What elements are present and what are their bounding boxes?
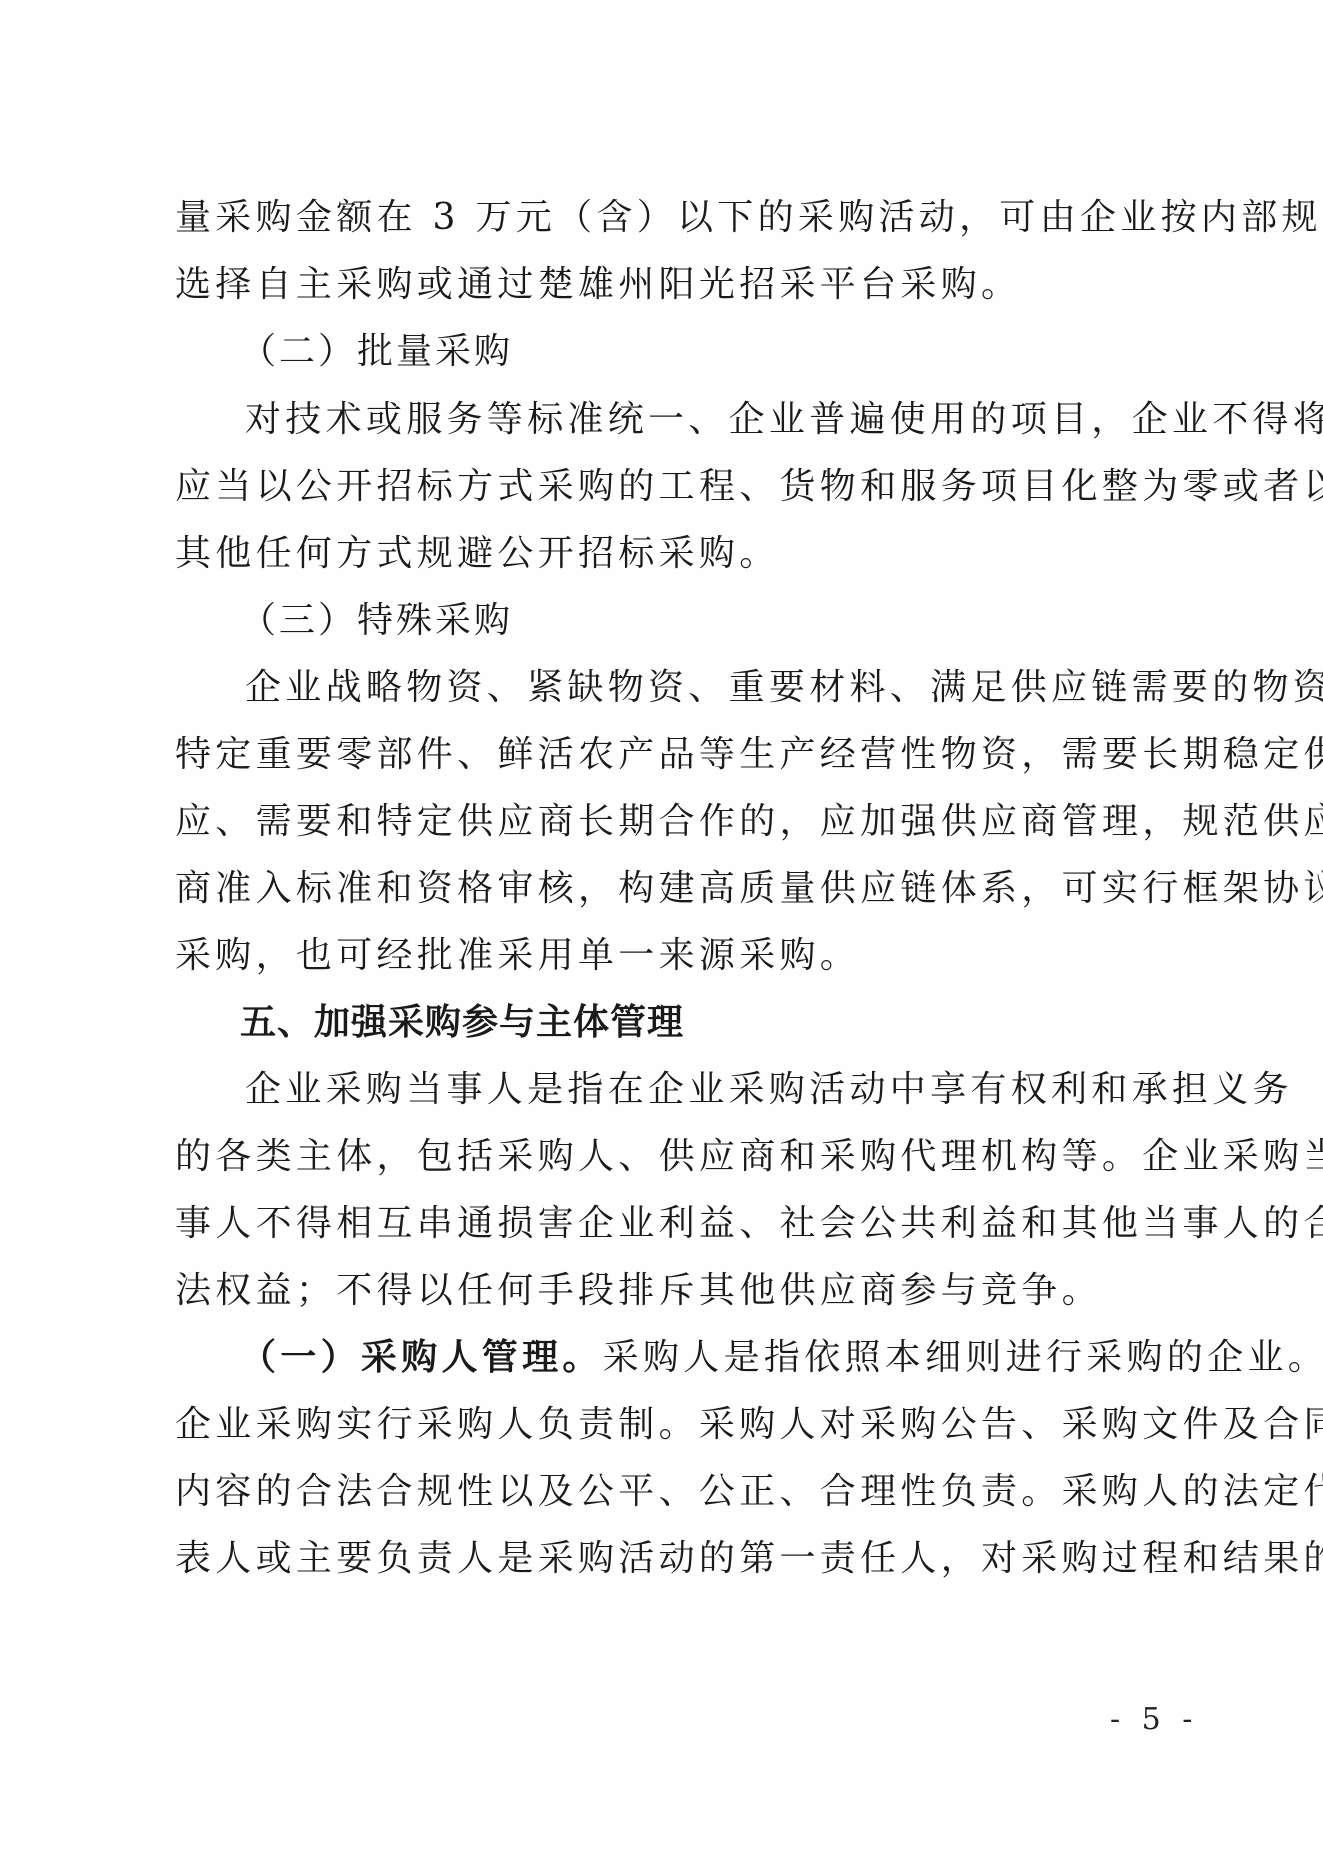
text-line: 表人或主要负责人是采购活动的第一责任人，对采购过程和结果的 — [175, 1539, 1180, 1579]
subheading-special-procurement: （三）特殊采购 — [240, 601, 1245, 641]
text-line: 法权益；不得以任何手段排斥其他供应商参与竞争。 — [175, 1271, 1180, 1311]
text-line: 特定重要零部件、鲜活农产品等生产经营性物资，需要长期稳定供 — [175, 735, 1180, 775]
text-line: 应当以公开招标方式采购的工程、货物和服务项目化整为零或者以 — [175, 467, 1180, 507]
document-page: 量采购金额在 3 万元（含）以下的采购活动，可由企业按内部规定 选择自主采购或通… — [0, 0, 1323, 1870]
text-line: 企业战略物资、紧缺物资、重要材料、满足供应链需要的物资、 — [245, 668, 1180, 708]
text-line: 选择自主采购或通过楚雄州阳光招采平台采购。 — [175, 265, 1180, 305]
text-line: 企业采购当事人是指在企业采购活动中享有权利和承担义务 — [245, 1070, 1180, 1110]
text-line: 其他任何方式规避公开招标采购。 — [175, 534, 1180, 574]
text-run: 采购人是指依照本细则进行采购的企业。 — [603, 1337, 1323, 1378]
text-line: 事人不得相互串通损害企业利益、社会公共利益和其他当事人的合 — [175, 1204, 1180, 1244]
page-number: - 5 - — [1110, 1702, 1198, 1738]
text-line: 的各类主体，包括采购人、供应商和采购代理机构等。企业采购当 — [175, 1137, 1180, 1177]
text-line: 企业采购实行采购人负责制。采购人对采购公告、采购文件及合同 — [175, 1405, 1180, 1445]
text-line: 量采购金额在 3 万元（含）以下的采购活动，可由企业按内部规定 — [175, 198, 1180, 238]
section-heading: 五、加强采购参与主体管理 — [240, 1003, 1245, 1043]
text-line: 应、需要和特定供应商长期合作的，应加强供应商管理，规范供应 — [175, 802, 1180, 842]
purchaser-management-lead: （一）采购人管理。 — [240, 1337, 603, 1378]
text-line: 商准入标准和资格审核，构建高质量供应链体系，可实行框架协议 — [175, 869, 1180, 909]
subheading-batch-procurement: （二）批量采购 — [240, 332, 1245, 372]
text-line: 内容的合法合规性以及公平、公正、合理性负责。采购人的法定代 — [175, 1472, 1180, 1512]
text-line: 对技术或服务等标准统一、企业普遍使用的项目，企业不得将 — [245, 400, 1180, 440]
text-line: 采购，也可经批准采用单一来源采购。 — [175, 936, 1180, 976]
text-line-with-lead: （一）采购人管理。采购人是指依照本细则进行采购的企业。 — [240, 1338, 1180, 1378]
